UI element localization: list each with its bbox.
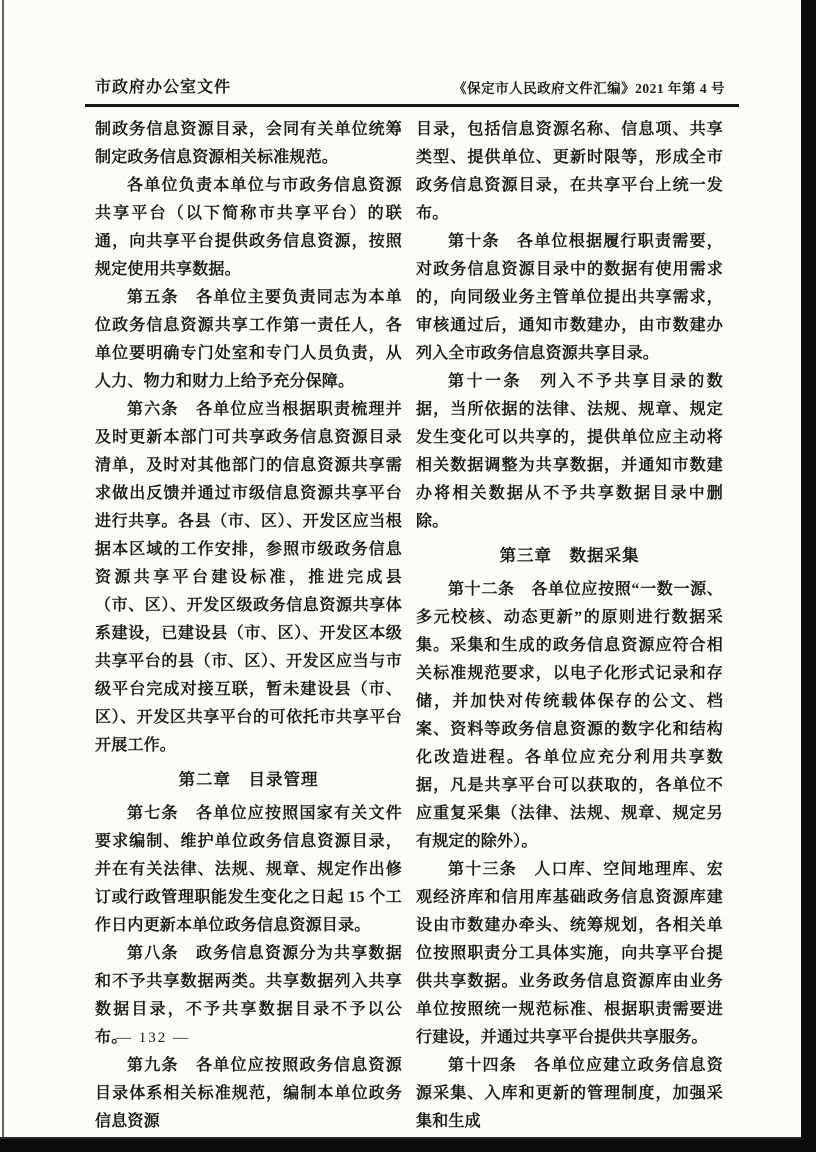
scan-right-black-band bbox=[801, 0, 816, 1152]
page-header: 市政府办公室文件 《保定市人民政府文件汇编》2021 年第 4 号 bbox=[85, 74, 739, 107]
column-right: 目录，包括信息资源名称、信息项、共享类型、提供单位、更新时限等，形成全市政务信息… bbox=[416, 116, 723, 1136]
scan-left-edge-line bbox=[2, 0, 4, 1140]
scan-bottom-black-band bbox=[0, 1139, 816, 1152]
paragraph: 第六条 各单位应当根据职责梳理并及时更新本部门可共享政务信息资源目录清单，及时对… bbox=[95, 396, 402, 760]
paragraph: 第十条 各单位根据履行职责需要，对政务信息资源目录中的数据有使用需求的，向同级业… bbox=[416, 228, 723, 368]
paragraph: 第十三条 人口库、空间地理库、宏观经济库和信用库基础政务信息资源库建设由市数建办… bbox=[416, 856, 723, 1052]
chapter-heading: 第二章 目录管理 bbox=[95, 766, 402, 794]
chapter-heading: 第三章 数据采集 bbox=[416, 542, 723, 570]
paragraph: 第九条 各单位应按照政务信息资源目录体系相关标准规范，编制本单位政务信息资源 bbox=[95, 1052, 402, 1136]
header-left-title: 市政府办公室文件 bbox=[85, 74, 231, 97]
paragraph: 第十一条 列入不予共享目录的数据，当所依据的法律、法规、规章、规定发生变化可以共… bbox=[416, 368, 723, 536]
paragraph: 第十二条 各单位应按照“一数一源、多元校核、动态更新”的原则进行数据采集。采集和… bbox=[416, 576, 723, 856]
paragraph: 各单位负责本单位与市政务信息资源共享平台（以下简称市共享平台）的联通，向共享平台… bbox=[95, 172, 402, 284]
paragraph: 制政务信息资源目录，会同有关单位统筹制定政务信息资源相关标准规范。 bbox=[95, 116, 402, 172]
column-left: 制政务信息资源目录，会同有关单位统筹制定政务信息资源相关标准规范。各单位负责本单… bbox=[95, 116, 402, 1136]
paragraph: 第七条 各单位应按照国家有关文件要求编制、维护单位政务信息资源目录，并在有关法律… bbox=[95, 800, 402, 940]
page-number: — 132 — bbox=[116, 1030, 190, 1047]
paragraph: 目录，包括信息资源名称、信息项、共享类型、提供单位、更新时限等，形成全市政务信息… bbox=[416, 116, 723, 228]
paragraph: 第五条 各单位主要负责同志为本单位政务信息资源共享工作第一责任人，各单位要明确专… bbox=[95, 284, 402, 396]
document-body: 制政务信息资源目录，会同有关单位统筹制定政务信息资源相关标准规范。各单位负责本单… bbox=[95, 116, 723, 1136]
scanned-document-page: { "colors": { "ink": "#1a1a1a", "paper":… bbox=[0, 0, 816, 1152]
header-right-title: 《保定市人民政府文件汇编》2021 年第 4 号 bbox=[453, 77, 739, 97]
paragraph: 第十四条 各单位应建立政务信息资源采集、入库和更新的管理制度，加强采集和生成 bbox=[416, 1052, 723, 1136]
